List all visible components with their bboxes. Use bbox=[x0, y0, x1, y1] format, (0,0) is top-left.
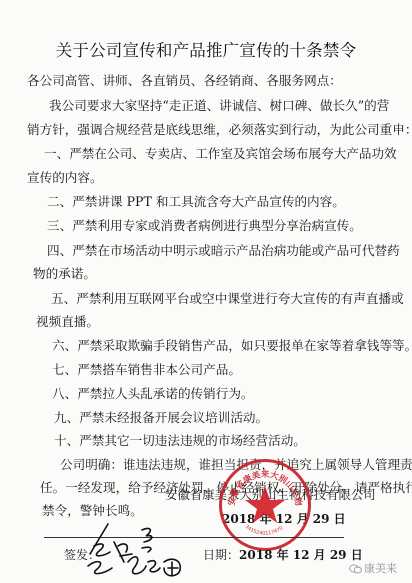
date-value: 2018 年 12 月 29 日 bbox=[239, 548, 363, 562]
handwritten-signature bbox=[84, 522, 194, 583]
seal-star-icon: 安徽省康美来大别山生物科技有限公司 3415240117470 bbox=[222, 462, 308, 548]
wechat-watermark: 康美来 bbox=[349, 560, 397, 576]
rule-1-line-2: 宣传的内容。 bbox=[27, 170, 103, 186]
rule-3: 三、严禁利用专家或消费者病例进行典型分享治病宣传。 bbox=[47, 218, 362, 234]
document-title: 关于公司宣传和产品推广宣传的十条禁令 bbox=[0, 37, 412, 61]
date-field: 日期：2018 年 12 月 29 日 bbox=[203, 547, 363, 563]
rule-4-line-2: 物的承诺。 bbox=[33, 266, 96, 282]
svg-text:3415240117470: 3415240117470 bbox=[244, 524, 285, 537]
rule-8: 八、严禁拉人头乱承诺的传销行为。 bbox=[52, 386, 254, 402]
rule-10: 十、严禁其它一切违法违规的市场经营活动。 bbox=[54, 433, 306, 449]
salutation: 各公司高管、讲师、各直销员、各经销商、各服务网点： bbox=[27, 73, 342, 89]
intro-line-1: 我公司要求大家坚持“走正道、讲诚信、树口碑、做长久”的营 bbox=[49, 98, 389, 114]
document-page: 关于公司宣传和产品推广宣传的十条禁令 各公司高管、讲师、各直销员、各经销商、各服… bbox=[0, 0, 412, 583]
rule-5-line-1: 五、严禁利用互联网平台或空中课堂进行夸大宣传的有声直播或 bbox=[51, 291, 404, 307]
rule-5-line-2: 视频直播。 bbox=[36, 314, 99, 330]
rule-4-line-1: 四、严禁在市场活动中明示或暗示产品治病功能或产品可代替药 bbox=[47, 243, 400, 259]
watermark-text: 康美来 bbox=[364, 562, 397, 575]
rule-9: 九、严禁未经报备开展会议培训活动。 bbox=[54, 410, 268, 426]
rule-2: 二、严禁讲课 PPT 和工具流含夸大产品宣传的内容。 bbox=[47, 194, 345, 210]
date-label: 日期： bbox=[203, 548, 239, 562]
rule-6: 六、严禁采取欺骗手段销售产品，如只要报单在家等着拿钱等等。 bbox=[52, 338, 412, 354]
wechat-icon bbox=[349, 564, 362, 574]
rule-1-line-1: 一、严禁在公司、专卖店、工作室及宾馆会场布展夸大产品功效 bbox=[44, 146, 397, 162]
intro-line-2: 销方针，强调合规经营是底线思维，必须落实到行动，为此公司重申： bbox=[27, 122, 412, 138]
rule-7: 七、严禁搭车销售非本公司产品。 bbox=[52, 362, 241, 378]
closing-line-3: 禁令，警钟长鸣。 bbox=[42, 503, 143, 519]
